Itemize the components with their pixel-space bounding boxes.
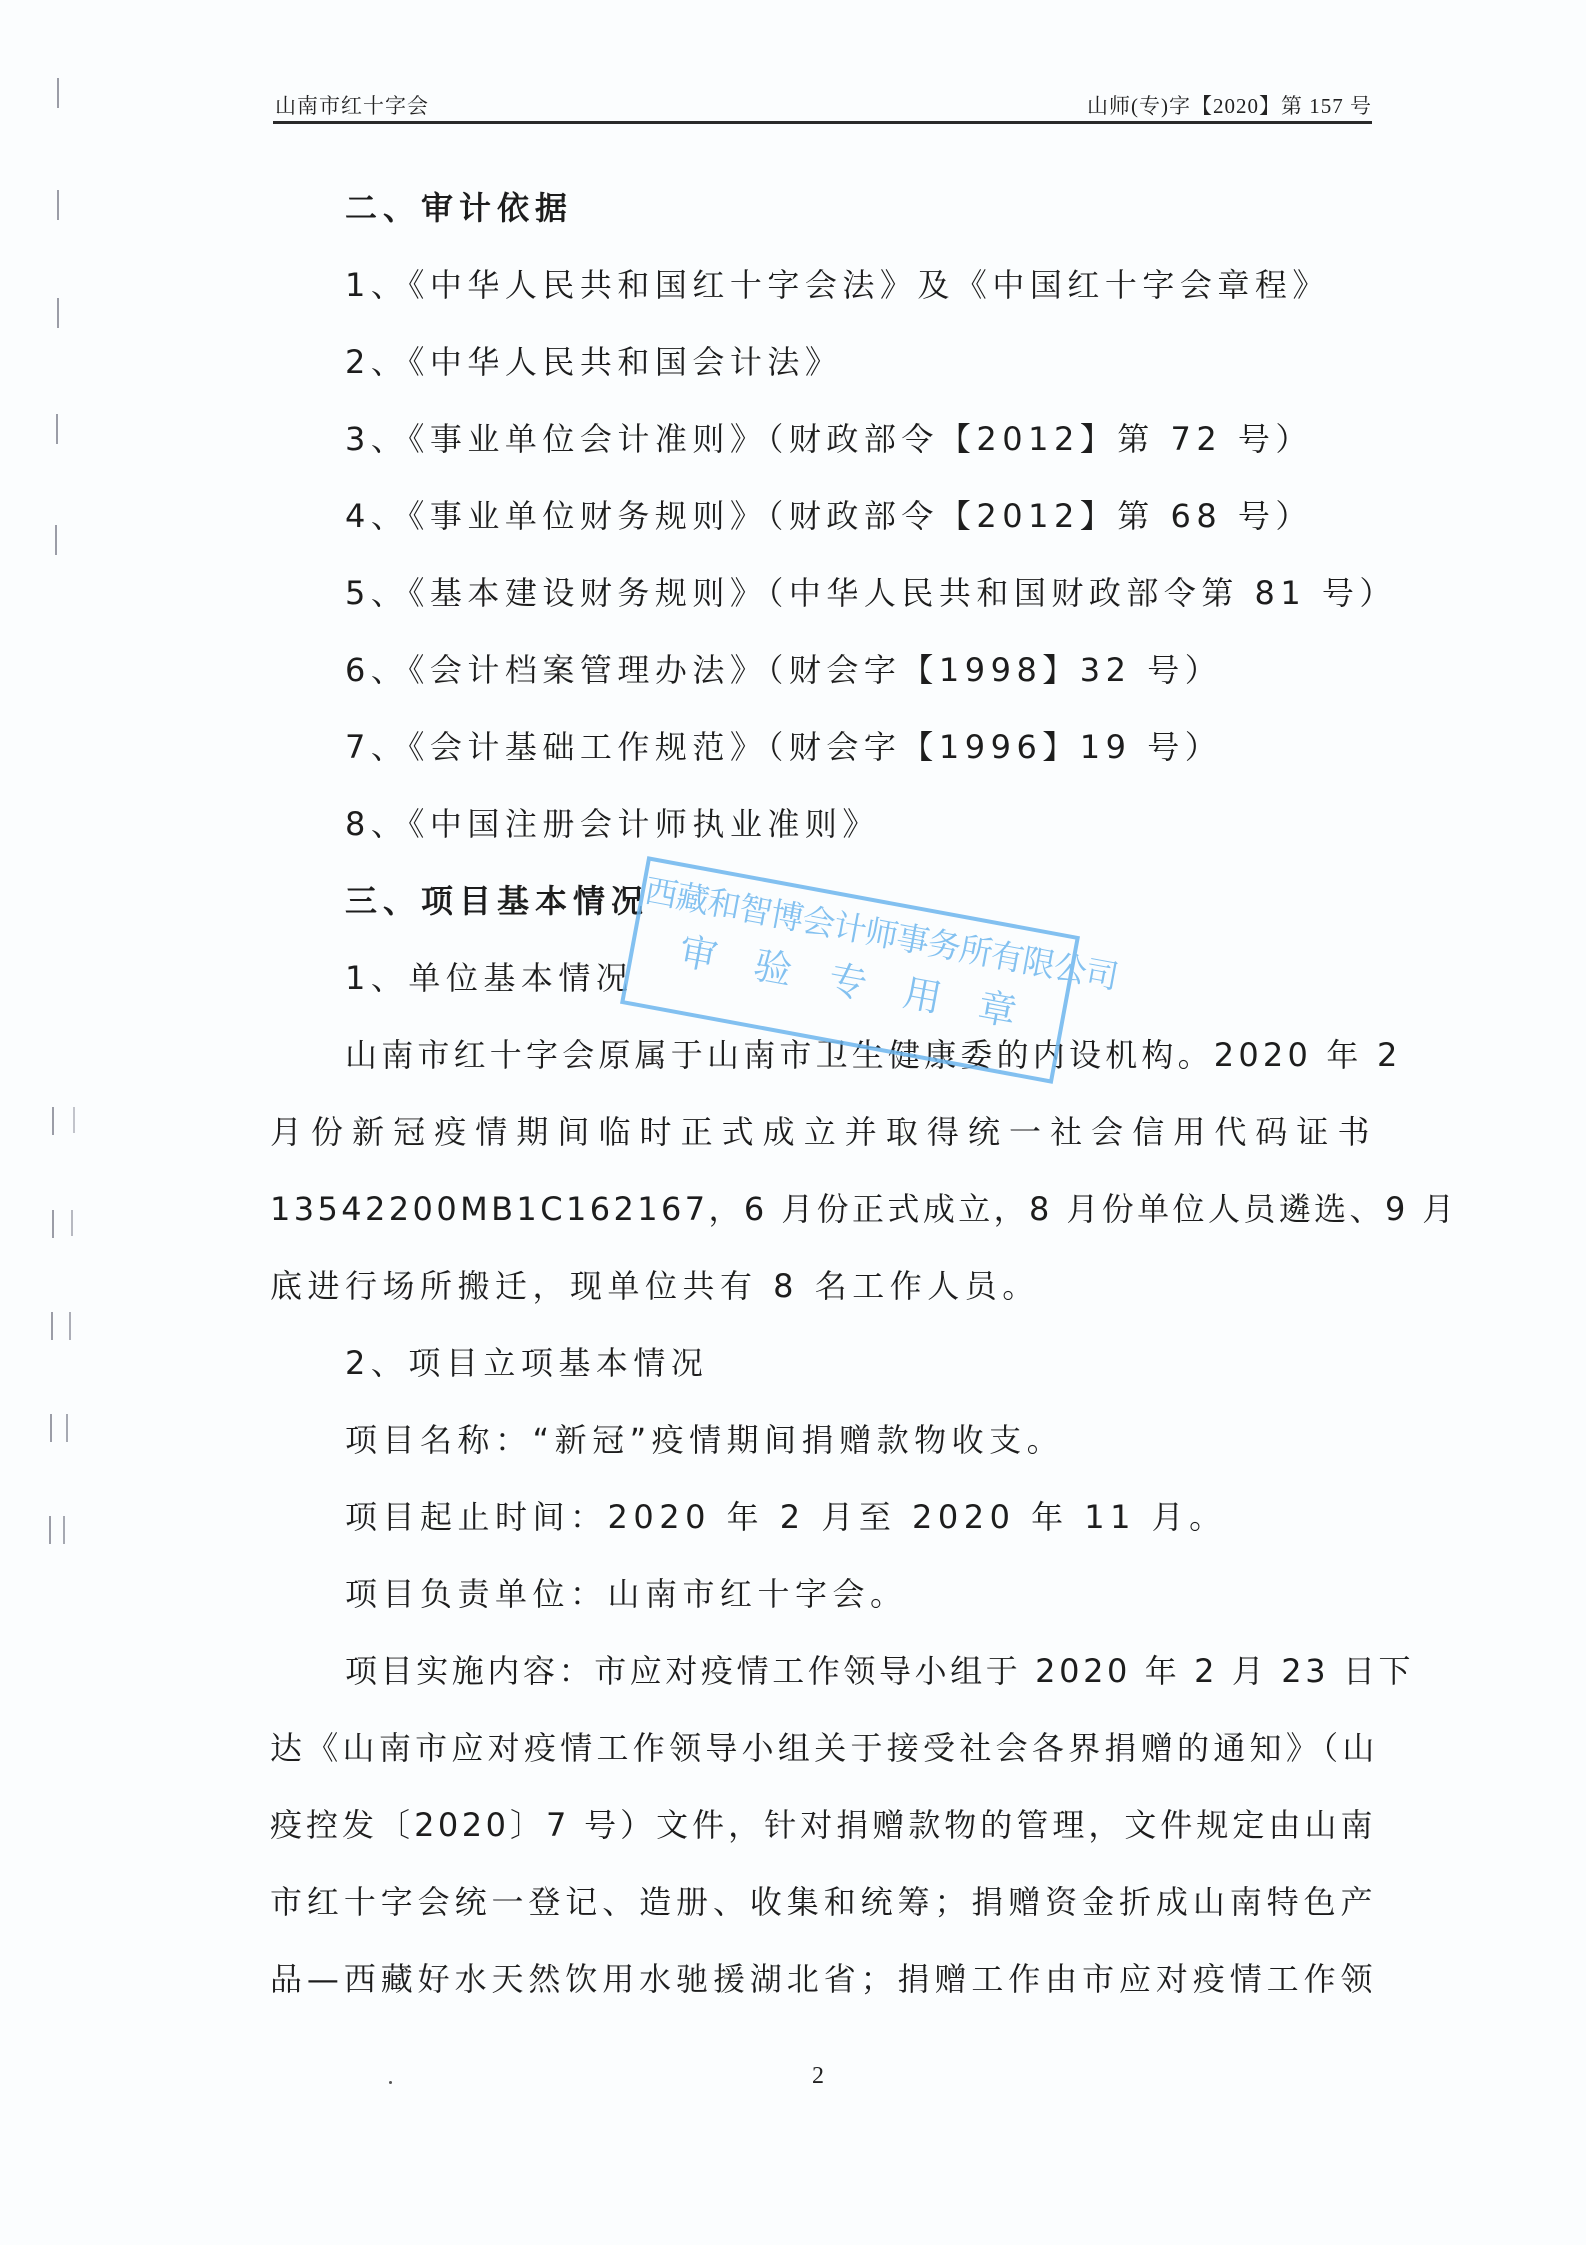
binding-mark xyxy=(51,1312,53,1340)
project-period: 项目起止时间：2020 年 2 月至 2020 年 11 月。 xyxy=(345,1497,1227,1537)
audit-basis-item: 4、《事业单位财务规则》（财政部令【2012】第 68 号） xyxy=(345,496,1313,536)
binding-mark xyxy=(52,1210,54,1238)
audit-basis-item: 8、《中国注册会计师执业准则》 xyxy=(345,804,880,844)
header-divider xyxy=(273,121,1372,124)
paragraph-line: 项目实施内容：市应对疫情工作领导小组于 2020 年 2 月 23 日下 xyxy=(345,1651,1414,1691)
binding-mark xyxy=(56,414,58,444)
scan-speck xyxy=(389,2081,392,2084)
binding-mark xyxy=(66,1414,68,1442)
paragraph-line: 13542200MB1C162167，6 月份正式成立，8 月份单位人员遴选、9… xyxy=(270,1189,1458,1229)
document-page: 山南市红十字会 山师(专)字【2020】第 157 号 二、审计依据 1、《中华… xyxy=(0,0,1586,2245)
project-responsible-unit: 项目负责单位：山南市红十字会。 xyxy=(345,1574,908,1614)
binding-mark xyxy=(57,190,59,220)
audit-basis-item: 1、《中华人民共和国红十字会法》及《中国红十字会章程》 xyxy=(345,265,1330,305)
binding-mark xyxy=(50,1414,52,1442)
binding-mark xyxy=(55,525,57,555)
section-heading-project-basics: 三、项目基本情况 xyxy=(345,881,649,921)
audit-basis-item: 3、《事业单位会计准则》（财政部令【2012】第 72 号） xyxy=(345,419,1313,459)
binding-mark xyxy=(57,298,59,328)
paragraph-line: 疫控发〔2020〕7 号）文件，针对捐赠款物的管理，文件规定由山南 xyxy=(270,1805,1376,1845)
binding-mark xyxy=(52,1107,54,1135)
binding-mark xyxy=(69,1312,71,1340)
paragraph-line: 市红十字会统一登记、造册、收集和统筹；捐赠资金折成山南特色产 xyxy=(270,1882,1376,1922)
header-organization: 山南市红十字会 xyxy=(275,90,429,120)
paragraph-line: 达《山南市应对疫情工作领导小组关于接受社会各界捐赠的通知》（山 xyxy=(270,1728,1376,1768)
page-number: 2 xyxy=(812,2063,824,2090)
paragraph-line: 品—西藏好水天然饮用水驰援湖北省；捐赠工作由市应对疫情工作领 xyxy=(270,1959,1376,1999)
audit-basis-item: 6、《会计档案管理办法》（财会字【1998】32 号） xyxy=(345,650,1222,690)
audit-basis-item: 2、《中华人民共和国会计法》 xyxy=(345,342,842,382)
audit-basis-item: 5、《基本建设财务规则》（中华人民共和国财政部令第 81 号） xyxy=(345,573,1397,613)
audit-basis-item: 7、《会计基础工作规范》（财会字【1996】19 号） xyxy=(345,727,1222,767)
binding-mark xyxy=(73,1107,75,1133)
section-heading-audit-basis: 二、审计依据 xyxy=(345,188,573,228)
binding-mark xyxy=(49,1516,51,1544)
subsection-heading-project-approval: 2、项目立项基本情况 xyxy=(345,1343,708,1383)
project-name: 项目名称：“新冠”疫情期间捐赠款物收支。 xyxy=(345,1420,1064,1460)
binding-mark xyxy=(63,1516,65,1544)
subsection-heading-unit-basics: 1、单位基本情况 xyxy=(345,958,633,998)
paragraph-line: 月份新冠疫情期间临时正式成立并取得统一社会信用代码证书 xyxy=(270,1112,1376,1152)
header-document-number: 山师(专)字【2020】第 157 号 xyxy=(1087,90,1372,120)
paragraph-line: 底进行场所搬迁，现单位共有 8 名工作人员。 xyxy=(270,1266,1040,1306)
binding-mark xyxy=(71,1210,73,1236)
binding-mark xyxy=(57,78,59,108)
